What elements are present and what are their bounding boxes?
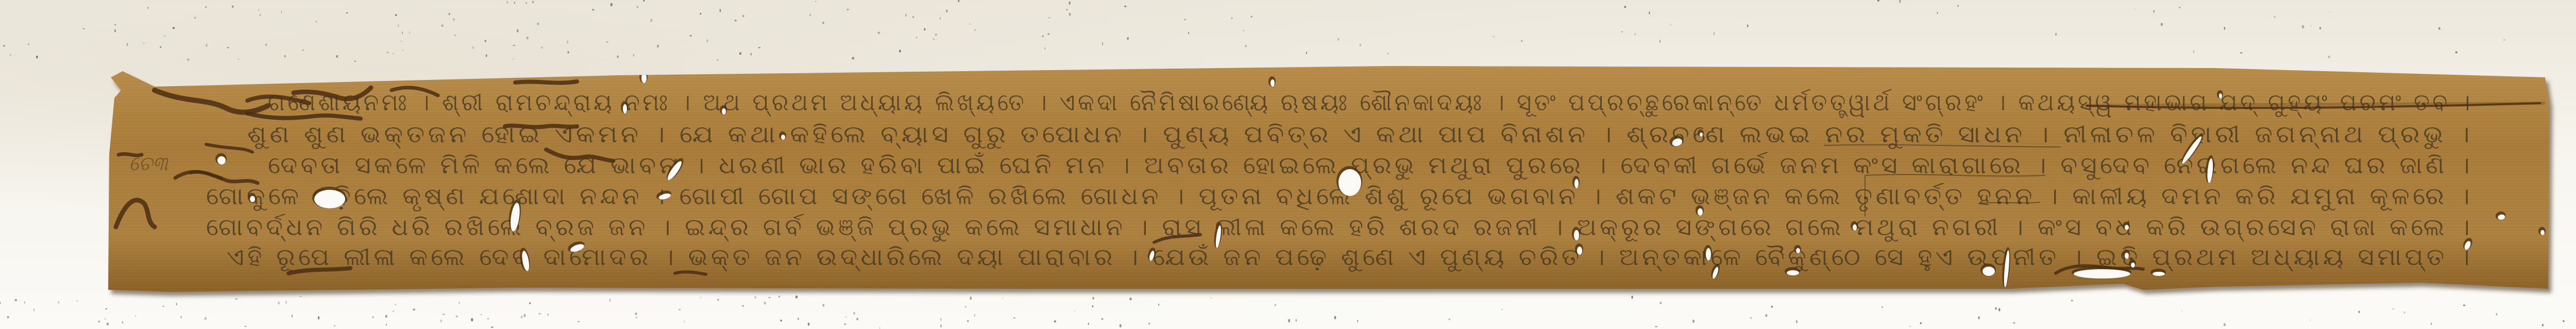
worm-hole (215, 153, 227, 164)
worm-hole (1785, 267, 1800, 275)
worm-hole (720, 105, 727, 114)
worm-hole (312, 187, 346, 208)
text-line: ଶୁଣ ଶୁଣ ଭକ୍ତଜନ ହୋଇ ଏକମନ । ଯେ କଥା କହିଲେ ବ… (247, 120, 2473, 149)
worm-hole (1704, 245, 1712, 260)
worm-hole (1794, 245, 1801, 253)
damage-mark (118, 154, 142, 156)
text-line: ଦେବତା ସକଳେ ମିଳି କଲେ ଯେ ଭାବନା । ଧରଣୀ ଭାର … (268, 151, 2473, 180)
worm-hole (2072, 266, 2131, 278)
worm-hole (1575, 243, 1583, 255)
worm-hole (1572, 176, 1580, 188)
worm-hole (1336, 166, 1362, 196)
worm-hole (2538, 227, 2546, 235)
worm-hole (2123, 250, 2130, 259)
worm-hole (248, 193, 256, 202)
palm-leaf-scene: ଗଣେଶାୟନମଃ । ଶ୍ରୀ ରାମଚନ୍ଦ୍ରାୟ ନମଃ । ଅଥ ପ୍… (0, 0, 2576, 329)
worm-hole (2217, 90, 2223, 98)
worm-hole (2150, 269, 2166, 276)
text-line: ଗଣେଶାୟନମଃ । ଶ୍ରୀ ରାମଚନ୍ଦ୍ରାୟ ନମଃ । ଅଥ ପ୍… (268, 88, 2473, 118)
worm-hole (779, 131, 786, 140)
worm-hole (1851, 221, 1858, 231)
leaf-surface: ଗଣେଶାୟନମଃ । ଶ୍ରୀ ରାମଚନ୍ଦ୍ରାୟ ନମଃ । ଅଥ ପ୍… (0, 0, 2576, 329)
damage-mark (515, 81, 577, 83)
worm-hole (2129, 259, 2136, 268)
manuscript-photo: ଗଣେଶାୟନମଃ । ଶ୍ରୀ ରାମଚନ୍ଦ୍ରାୟ ନମଃ । ଅଥ ପ୍… (0, 0, 2576, 329)
worm-hole (621, 101, 628, 113)
text-line: ଗୋବର୍ଦ୍ଧନ ଗିରି ଧରି ରଖିଲେ ବ୍ରଜ ଜନ । ଇନ୍ଦ୍… (206, 213, 2473, 242)
worm-hole (1698, 129, 1704, 137)
worm-hole (1980, 264, 1996, 276)
worm-hole (639, 70, 648, 83)
worm-hole (2123, 222, 2130, 230)
worm-hole (1268, 76, 1276, 87)
worm-hole (1696, 205, 1704, 216)
worm-hole (1572, 227, 1580, 240)
damage-mark (505, 126, 577, 127)
